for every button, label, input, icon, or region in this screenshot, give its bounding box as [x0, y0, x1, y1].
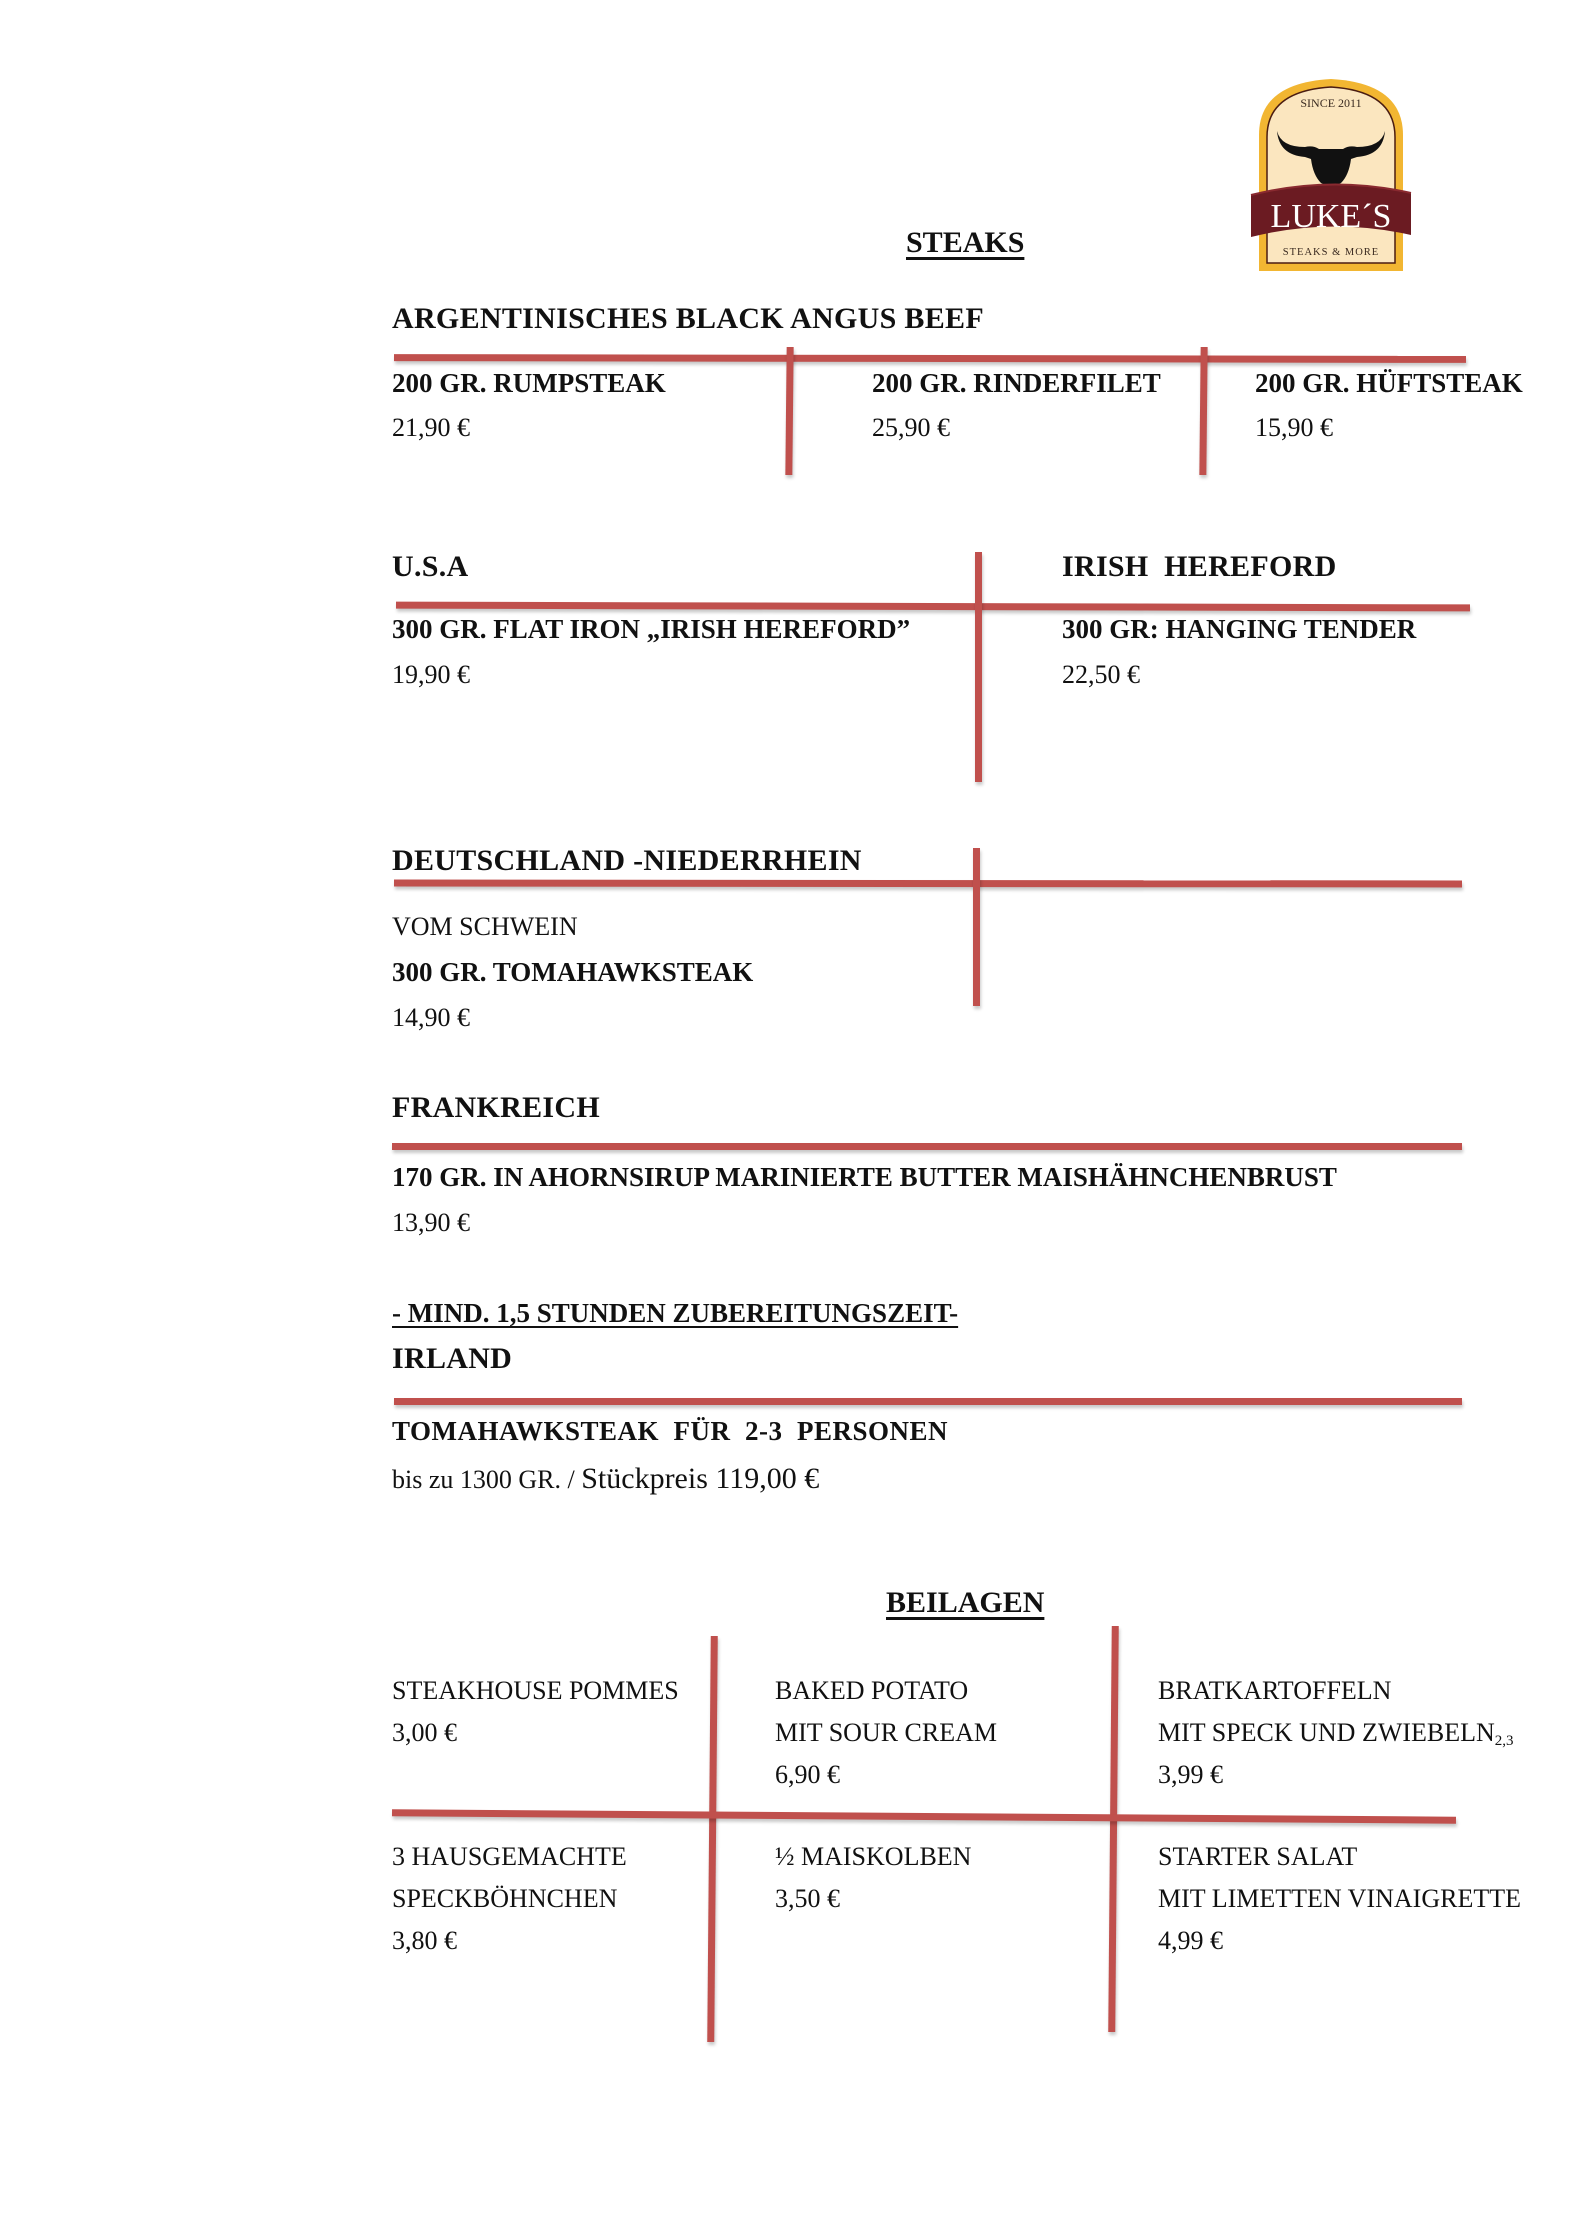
divider-line — [975, 552, 982, 782]
menu-item-name: 200 GR. HÜFTSTEAK — [1255, 368, 1523, 399]
preparation-time-note: - MIND. 1,5 STUNDEN ZUBEREITUNGSZEIT- — [392, 1298, 958, 1329]
menu-item-price-line: bis zu 1300 GR. / Stückpreis 119,00 € — [392, 1462, 819, 1496]
menu-item-price: 22,50 € — [1062, 660, 1140, 690]
divider-line — [707, 1636, 718, 2042]
region-heading-irland: IRLAND — [392, 1342, 512, 1376]
divider-line — [392, 1143, 1462, 1150]
divider-line — [394, 1398, 1462, 1405]
divider-line — [394, 880, 1462, 888]
region-heading-deutschland: DEUTSCHLAND -NIEDERRHEIN — [392, 844, 862, 878]
lukes-logo: SINCE 2011 LUKE´S STEAKS & MORE — [1247, 75, 1415, 275]
menu-item-price: 14,90 € — [392, 1003, 470, 1033]
region-heading-usa: U.S.A — [392, 550, 469, 584]
side-dish-description: SPECKBÖHNCHEN — [392, 1884, 617, 1914]
region-heading-irish-hereford: IRISH HEREFORD — [1062, 550, 1337, 584]
divider-line — [1108, 1626, 1119, 2032]
menu-item-name: 170 GR. IN AHORNSIRUP MARINIERTE BUTTER … — [392, 1162, 1337, 1193]
menu-item-weight: bis zu 1300 GR. / — [392, 1465, 575, 1494]
menu-item-name: 300 GR: HANGING TENDER — [1062, 614, 1416, 645]
menu-item-price: 25,90 € — [872, 413, 950, 443]
divider-line — [785, 347, 793, 475]
divider-line — [394, 354, 1466, 363]
side-dish-description: MIT SOUR CREAM — [775, 1718, 997, 1748]
side-dish-name: STEAKHOUSE POMMES — [392, 1676, 679, 1706]
side-dish-description-text: MIT SPECK UND ZWIEBELN — [1158, 1718, 1495, 1747]
side-dish-description: MIT LIMETTEN VINAIGRETTE — [1158, 1884, 1521, 1914]
divider-line — [396, 602, 1470, 612]
side-dish-name: 3 HAUSGEMACHTE — [392, 1842, 627, 1872]
menu-item-name: 300 GR. TOMAHAWKSTEAK — [392, 957, 753, 988]
divider-line — [392, 1809, 1456, 1823]
menu-item-name: 200 GR. RUMPSTEAK — [392, 368, 666, 399]
side-dish-price: 6,90 € — [775, 1760, 840, 1790]
steaks-title: STEAKS — [906, 226, 1024, 260]
allergen-footnote: 2,3 — [1495, 1733, 1514, 1749]
menu-item-name: 300 GR. FLAT IRON „IRISH HEREFORD” — [392, 614, 910, 645]
logo-name: LUKE´S — [1271, 198, 1392, 235]
divider-line — [1199, 347, 1207, 475]
side-dish-price: 3,00 € — [392, 1718, 457, 1748]
menu-item-price: 15,90 € — [1255, 413, 1333, 443]
region-heading-frankreich: FRANKREICH — [392, 1091, 600, 1125]
menu-item-subtitle: VOM SCHWEIN — [392, 912, 578, 942]
logo-tagline: STEAKS & MORE — [1283, 247, 1379, 258]
side-dish-description: MIT SPECK UND ZWIEBELN2,3 — [1158, 1718, 1514, 1750]
divider-line — [973, 848, 980, 1006]
side-dish-price: 3,80 € — [392, 1926, 457, 1956]
menu-item-price: 13,90 € — [392, 1208, 470, 1238]
menu-item-price: 19,90 € — [392, 660, 470, 690]
menu-item-price: 21,90 € — [392, 413, 470, 443]
menu-item-name: TOMAHAWKSTEAK FÜR 2-3 PERSONEN — [392, 1416, 948, 1447]
side-dish-price: 4,99 € — [1158, 1926, 1223, 1956]
side-dish-price: 3,99 € — [1158, 1760, 1223, 1790]
beilagen-title: BEILAGEN — [886, 1586, 1044, 1620]
side-dish-name: STARTER SALAT — [1158, 1842, 1357, 1872]
logo-since: SINCE 2011 — [1300, 96, 1361, 110]
region-heading-argentina: ARGENTINISCHES BLACK ANGUS BEEF — [392, 302, 984, 336]
menu-item-name: 200 GR. RINDERFILET — [872, 368, 1161, 399]
side-dish-name: BRATKARTOFFELN — [1158, 1676, 1391, 1706]
side-dish-name: BAKED POTATO — [775, 1676, 968, 1706]
side-dish-price: 3,50 € — [775, 1884, 840, 1914]
side-dish-name: ½ MAISKOLBEN — [775, 1842, 971, 1872]
menu-item-price: Stückpreis 119,00 € — [581, 1462, 819, 1495]
